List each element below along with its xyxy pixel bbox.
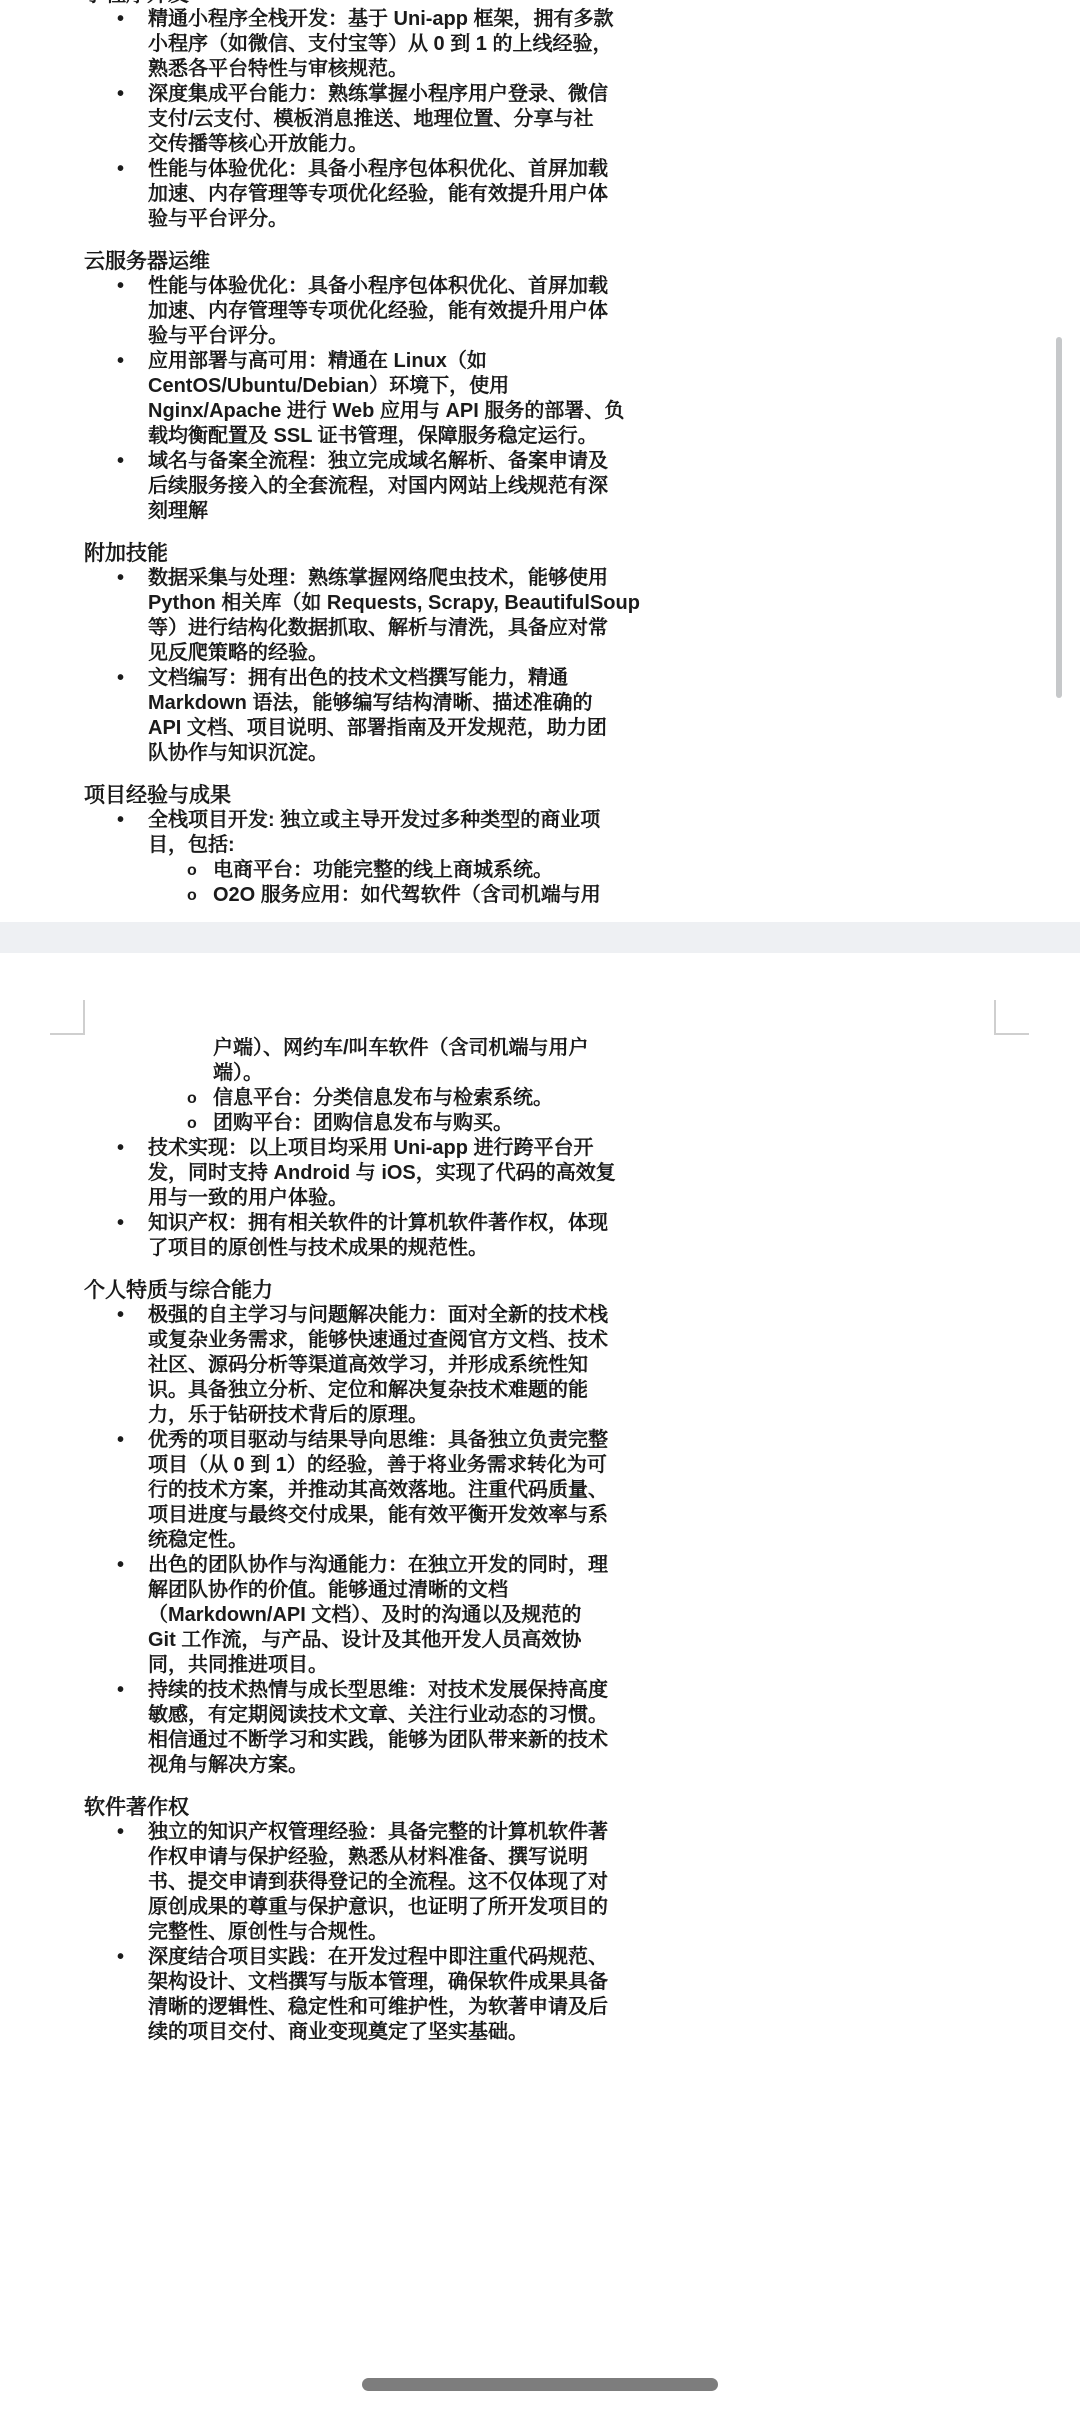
bullet-marker-icon: • [117, 82, 148, 157]
text-line: 等）进行结构化数据抓取、解析与清洗，具备应对常 [148, 616, 640, 641]
sub-bullet-item: oO2O 服务应用：如代驾软件（含司机端与用 [0, 883, 1080, 908]
bullet-marker-icon: • [117, 1678, 148, 1778]
text-line: 优秀的项目驱动与结果导向思维：具备独立负责完整 [148, 1428, 608, 1453]
bullet-item: •深度集成平台能力：熟练掌握小程序用户登录、微信支付/云支付、模板消息推送、地理… [0, 82, 1080, 157]
page-break-band [0, 922, 1080, 953]
document-page-1: 小程序开发•精通小程序全栈开发：基于 Uni-app 框架，拥有多款小程序（如微… [0, 0, 1080, 908]
bullet-item: •优秀的项目驱动与结果导向思维：具备独立负责完整项目（从 0 到 1）的经验，善… [0, 1428, 1080, 1553]
text-line: 力，乐于钻研技术背后的原理。 [148, 1403, 608, 1428]
bullet-item: •深度结合项目实践：在开发过程中即注重代码规范、架构设计、文档撰写与版本管理，确… [0, 1945, 1080, 2045]
document-page-2: 户端）、网约车/叫车软件（含司机端与用户端）。o信息平台：分类信息发布与检索系统… [0, 1036, 1080, 2045]
sub-bullet-marker-icon: o [187, 1111, 213, 1136]
bullet-item: •持续的技术热情与成长型思维：对技术发展保持高度敏感，有定期阅读技术文章、关注行… [0, 1678, 1080, 1778]
text-line: 应用部署与高可用：精通在 Linux（如 [148, 349, 624, 374]
page-corner-mark-left [50, 1000, 85, 1035]
text-line: Markdown 语法，能够编写结构清晰、描述准确的 [148, 691, 607, 716]
bullet-marker-icon: • [117, 7, 148, 82]
text-line: 出色的团队协作与沟通能力：在独立开发的同时，理 [148, 1553, 608, 1578]
text-line: 原创成果的尊重与保护意识，也证明了所开发项目的 [148, 1895, 608, 1920]
text-line: 性能与体验优化：具备小程序包体积优化、首屏加载 [148, 274, 608, 299]
section-heading: 小程序开发 [0, 0, 1080, 7]
text-line: 续的项目交付、商业变现奠定了坚实基础。 [148, 2020, 608, 2045]
text-line: 载均衡配置及 SSL 证书管理，保障服务稳定运行。 [148, 424, 624, 449]
bullet-marker-icon: • [117, 666, 148, 766]
bullet-marker-icon: • [117, 1428, 148, 1553]
continuation-text: 户端）、网约车/叫车软件（含司机端与用户端）。 [0, 1036, 1080, 1086]
text-line: 刻理解 [148, 499, 608, 524]
text-line: 深度结合项目实践：在开发过程中即注重代码规范、 [148, 1945, 608, 1970]
sub-bullet-marker-icon: o [187, 883, 213, 908]
text-line: 同，共同推进项目。 [148, 1653, 608, 1678]
text-line: 端）。 [213, 1061, 589, 1086]
bullet-item: •性能与体验优化：具备小程序包体积优化、首屏加载加速、内存管理等专项优化经验，能… [0, 157, 1080, 232]
bullet-item: •性能与体验优化：具备小程序包体积优化、首屏加载加速、内存管理等专项优化经验，能… [0, 274, 1080, 349]
section-heading: 云服务器运维 [0, 249, 1080, 274]
sub-bullet-item: o电商平台：功能完整的线上商城系统。 [0, 858, 1080, 883]
text-line: 技术实现：以上项目均采用 Uni-app 进行跨平台开 [148, 1136, 616, 1161]
text-line: 加速、内存管理等专项优化经验，能有效提升用户体 [148, 299, 608, 324]
text-line: O2O 服务应用：如代驾软件（含司机端与用 [213, 883, 601, 908]
text-line: 验与平台评分。 [148, 207, 608, 232]
text-line: 架构设计、文档撰写与版本管理，确保软件成果具备 [148, 1970, 608, 1995]
bullet-marker-icon: • [117, 1553, 148, 1678]
text-line: 验与平台评分。 [148, 324, 608, 349]
page-corner-mark-right [994, 1000, 1029, 1035]
bullet-marker-icon: • [117, 157, 148, 232]
bullet-marker-icon: • [117, 1211, 148, 1261]
text-line: 目，包括: [148, 833, 600, 858]
text-line: 行的技术方案，并推动其高效落地。注重代码质量、 [148, 1478, 608, 1503]
sub-bullet-item: o信息平台：分类信息发布与检索系统。 [0, 1086, 1080, 1111]
section-heading: 附加技能 [0, 541, 1080, 566]
text-line: 信息平台：分类信息发布与检索系统。 [213, 1086, 553, 1111]
bullet-item: •知识产权：拥有相关软件的计算机软件著作权，体现了项目的原创性与技术成果的规范性… [0, 1211, 1080, 1261]
text-line: 项目进度与最终交付成果，能有效平衡开发效率与系 [148, 1503, 608, 1528]
document-viewer-screen: 小程序开发•精通小程序全栈开发：基于 Uni-app 框架，拥有多款小程序（如微… [0, 0, 1080, 2412]
text-line: 域名与备案全流程：独立完成域名解析、备案申请及 [148, 449, 608, 474]
text-line: 解团队协作的价值。能够通过清晰的文档 [148, 1578, 608, 1603]
text-line: 性能与体验优化：具备小程序包体积优化、首屏加载 [148, 157, 608, 182]
text-line: 作权申请与保护经验，熟悉从材料准备、撰写说明 [148, 1845, 608, 1870]
text-line: 统稳定性。 [148, 1528, 608, 1553]
bullet-marker-icon: • [117, 566, 148, 666]
section-heading: 个人特质与综合能力 [0, 1278, 1080, 1303]
text-line: 小程序开发 [84, 0, 189, 7]
text-line: 社区、源码分析等渠道高效学习，并形成系统性知 [148, 1353, 608, 1378]
home-indicator-bar[interactable] [362, 2378, 718, 2391]
text-line: API 文档、项目说明、部署指南及开发规范，助力团 [148, 716, 607, 741]
bullet-marker-icon: • [117, 1820, 148, 1945]
text-line: 团购平台：团购信息发布与购买。 [213, 1111, 513, 1136]
text-line: 书、提交申请到获得登记的全流程。这不仅体现了对 [148, 1870, 608, 1895]
bullet-item: •应用部署与高可用：精通在 Linux（如CentOS/Ubuntu/Debia… [0, 349, 1080, 449]
text-line: 小程序（如微信、支付宝等）从 0 到 1 的上线经验， [148, 32, 614, 57]
section-heading: 软件著作权 [0, 1795, 1080, 1820]
text-line: 交传播等核心开放能力。 [148, 132, 608, 157]
bullet-item: •数据采集与处理：熟练掌握网络爬虫技术，能够使用Python 相关库（如 Req… [0, 566, 1080, 666]
bullet-item: •全栈项目开发: 独立或主导开发过多种类型的商业项目，包括: [0, 808, 1080, 858]
text-line: 见反爬策略的经验。 [148, 641, 640, 666]
bullet-marker-icon: • [117, 1945, 148, 2045]
bullet-marker-icon: • [117, 1136, 148, 1211]
bullet-marker-icon: • [117, 349, 148, 449]
sub-bullet-marker-icon: o [187, 858, 213, 883]
bullet-item: •精通小程序全栈开发：基于 Uni-app 框架，拥有多款小程序（如微信、支付宝… [0, 7, 1080, 82]
text-line: 敏感，有定期阅读技术文章、关注行业动态的习惯。 [148, 1703, 608, 1728]
text-line: 精通小程序全栈开发：基于 Uni-app 框架，拥有多款 [148, 7, 614, 32]
bullet-item: •文档编写：拥有出色的技术文档撰写能力，精通Markdown 语法，能够编写结构… [0, 666, 1080, 766]
text-line: 熟悉各平台特性与审核规范。 [148, 57, 614, 82]
text-line: 极强的自主学习与问题解决能力：面对全新的技术栈 [148, 1303, 608, 1328]
scrollbar-thumb[interactable] [1056, 337, 1062, 698]
bullet-marker-icon: • [117, 1303, 148, 1428]
bullet-marker-icon: • [117, 274, 148, 349]
text-line: 户端）、网约车/叫车软件（含司机端与用户 [213, 1036, 589, 1061]
text-line: 用与一致的用户体验。 [148, 1186, 616, 1211]
bullet-item: •独立的知识产权管理经验：具备完整的计算机软件著作权申请与保护经验，熟悉从材料准… [0, 1820, 1080, 1945]
text-line: 数据采集与处理：熟练掌握网络爬虫技术，能够使用 [148, 566, 640, 591]
text-line: 或复杂业务需求，能够快速通过查阅官方文档、技术 [148, 1328, 608, 1353]
text-line: 项目（从 0 到 1）的经验，善于将业务需求转化为可 [148, 1453, 608, 1478]
text-line: 队协作与知识沉淀。 [148, 741, 607, 766]
text-line: 了项目的原创性与技术成果的规范性。 [148, 1236, 608, 1261]
bullet-item: •极强的自主学习与问题解决能力：面对全新的技术栈或复杂业务需求，能够快速通过查阅… [0, 1303, 1080, 1428]
text-line: 独立的知识产权管理经验：具备完整的计算机软件著 [148, 1820, 608, 1845]
text-line: 知识产权：拥有相关软件的计算机软件著作权，体现 [148, 1211, 608, 1236]
bullet-marker-icon: • [117, 808, 148, 858]
text-line: 深度集成平台能力：熟练掌握小程序用户登录、微信 [148, 82, 608, 107]
text-line: 个人特质与综合能力 [84, 1278, 273, 1303]
text-line: 完整性、原创性与合规性。 [148, 1920, 608, 1945]
text-line: 云服务器运维 [84, 249, 210, 274]
text-line: 加速、内存管理等专项优化经验，能有效提升用户体 [148, 182, 608, 207]
text-line: Python 相关库（如 Requests, Scrapy, Beautiful… [148, 591, 640, 616]
text-line: 视角与解决方案。 [148, 1753, 608, 1778]
text-line: 识。具备独立分析、定位和解决复杂技术难题的能 [148, 1378, 608, 1403]
text-line: （Markdown/API 文档）、及时的沟通以及规范的 [148, 1603, 608, 1628]
sub-bullet-item: o团购平台：团购信息发布与购买。 [0, 1111, 1080, 1136]
text-line: 电商平台：功能完整的线上商城系统。 [213, 858, 553, 883]
text-line: Git 工作流，与产品、设计及其他开发人员高效协 [148, 1628, 608, 1653]
text-line: 附加技能 [84, 541, 168, 566]
text-line: 后续服务接入的全套流程，对国内网站上线规范有深 [148, 474, 608, 499]
text-line: 项目经验与成果 [84, 783, 231, 808]
bullet-item: •技术实现：以上项目均采用 Uni-app 进行跨平台开发，同时支持 Andro… [0, 1136, 1080, 1211]
text-line: 相信通过不断学习和实践，能够为团队带来新的技术 [148, 1728, 608, 1753]
bullet-item: •出色的团队协作与沟通能力：在独立开发的同时，理解团队协作的价值。能够通过清晰的… [0, 1553, 1080, 1678]
text-line: 文档编写：拥有出色的技术文档撰写能力，精通 [148, 666, 607, 691]
sub-bullet-marker-icon: o [187, 1086, 213, 1111]
text-line: 持续的技术热情与成长型思维：对技术发展保持高度 [148, 1678, 608, 1703]
text-line: 软件著作权 [84, 1795, 189, 1820]
text-line: CentOS/Ubuntu/Debian）环境下，使用 [148, 374, 624, 399]
text-line: 支付/云支付、模板消息推送、地理位置、分享与社 [148, 107, 608, 132]
text-line: 全栈项目开发: 独立或主导开发过多种类型的商业项 [148, 808, 600, 833]
text-line: 清晰的逻辑性、稳定性和可维护性，为软著申请及后 [148, 1995, 608, 2020]
section-heading: 项目经验与成果 [0, 783, 1080, 808]
bullet-item: •域名与备案全流程：独立完成域名解析、备案申请及后续服务接入的全套流程，对国内网… [0, 449, 1080, 524]
text-line: Nginx/Apache 进行 Web 应用与 API 服务的部署、负 [148, 399, 624, 424]
text-line: 发，同时支持 Android 与 iOS，实现了代码的高效复 [148, 1161, 616, 1186]
bullet-marker-icon: • [117, 449, 148, 524]
